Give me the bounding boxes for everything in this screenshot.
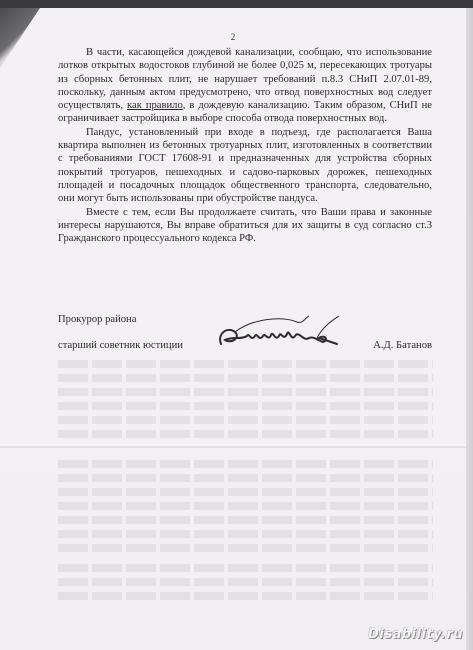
bleed-through-text xyxy=(58,402,433,410)
bleed-through-text xyxy=(58,374,433,382)
page-edge xyxy=(466,8,473,650)
page-number: 2 xyxy=(0,32,466,42)
bleed-through-text xyxy=(58,360,433,368)
handwritten-signature xyxy=(213,314,353,354)
bleed-through-text xyxy=(58,430,433,438)
bleed-through-text xyxy=(58,516,433,524)
bleed-through-text xyxy=(58,544,433,552)
paragraph-court: Вместе с тем, если Вы продолжаете считат… xyxy=(58,206,432,246)
paper-fold xyxy=(0,444,466,448)
bleed-through-text xyxy=(58,530,433,538)
bleed-through-text xyxy=(58,388,433,396)
bleed-through-text xyxy=(58,488,433,496)
letter-body: В части, касающейся дождевой канализации… xyxy=(58,46,432,245)
signer-name: А.Д. Батанов xyxy=(373,340,432,351)
paragraph-ramp: Пандус, установленный при входе в подъез… xyxy=(58,126,432,206)
bleed-through-text xyxy=(58,564,433,572)
signer-rank: старший советник юстиции xyxy=(58,340,183,351)
bleed-through-text xyxy=(58,578,433,586)
bleed-through-text xyxy=(58,592,433,600)
bleed-through-text xyxy=(58,416,433,424)
signer-position: Прокурор района xyxy=(58,314,136,325)
bleed-through-text xyxy=(58,460,433,468)
bleed-through-text xyxy=(58,474,433,482)
underlined-phrase: как правило xyxy=(127,100,183,111)
paragraph-drainage: В части, касающейся дождевой канализации… xyxy=(58,46,432,126)
bleed-through-text xyxy=(58,502,433,510)
site-watermark: Disability.ru xyxy=(368,627,463,642)
